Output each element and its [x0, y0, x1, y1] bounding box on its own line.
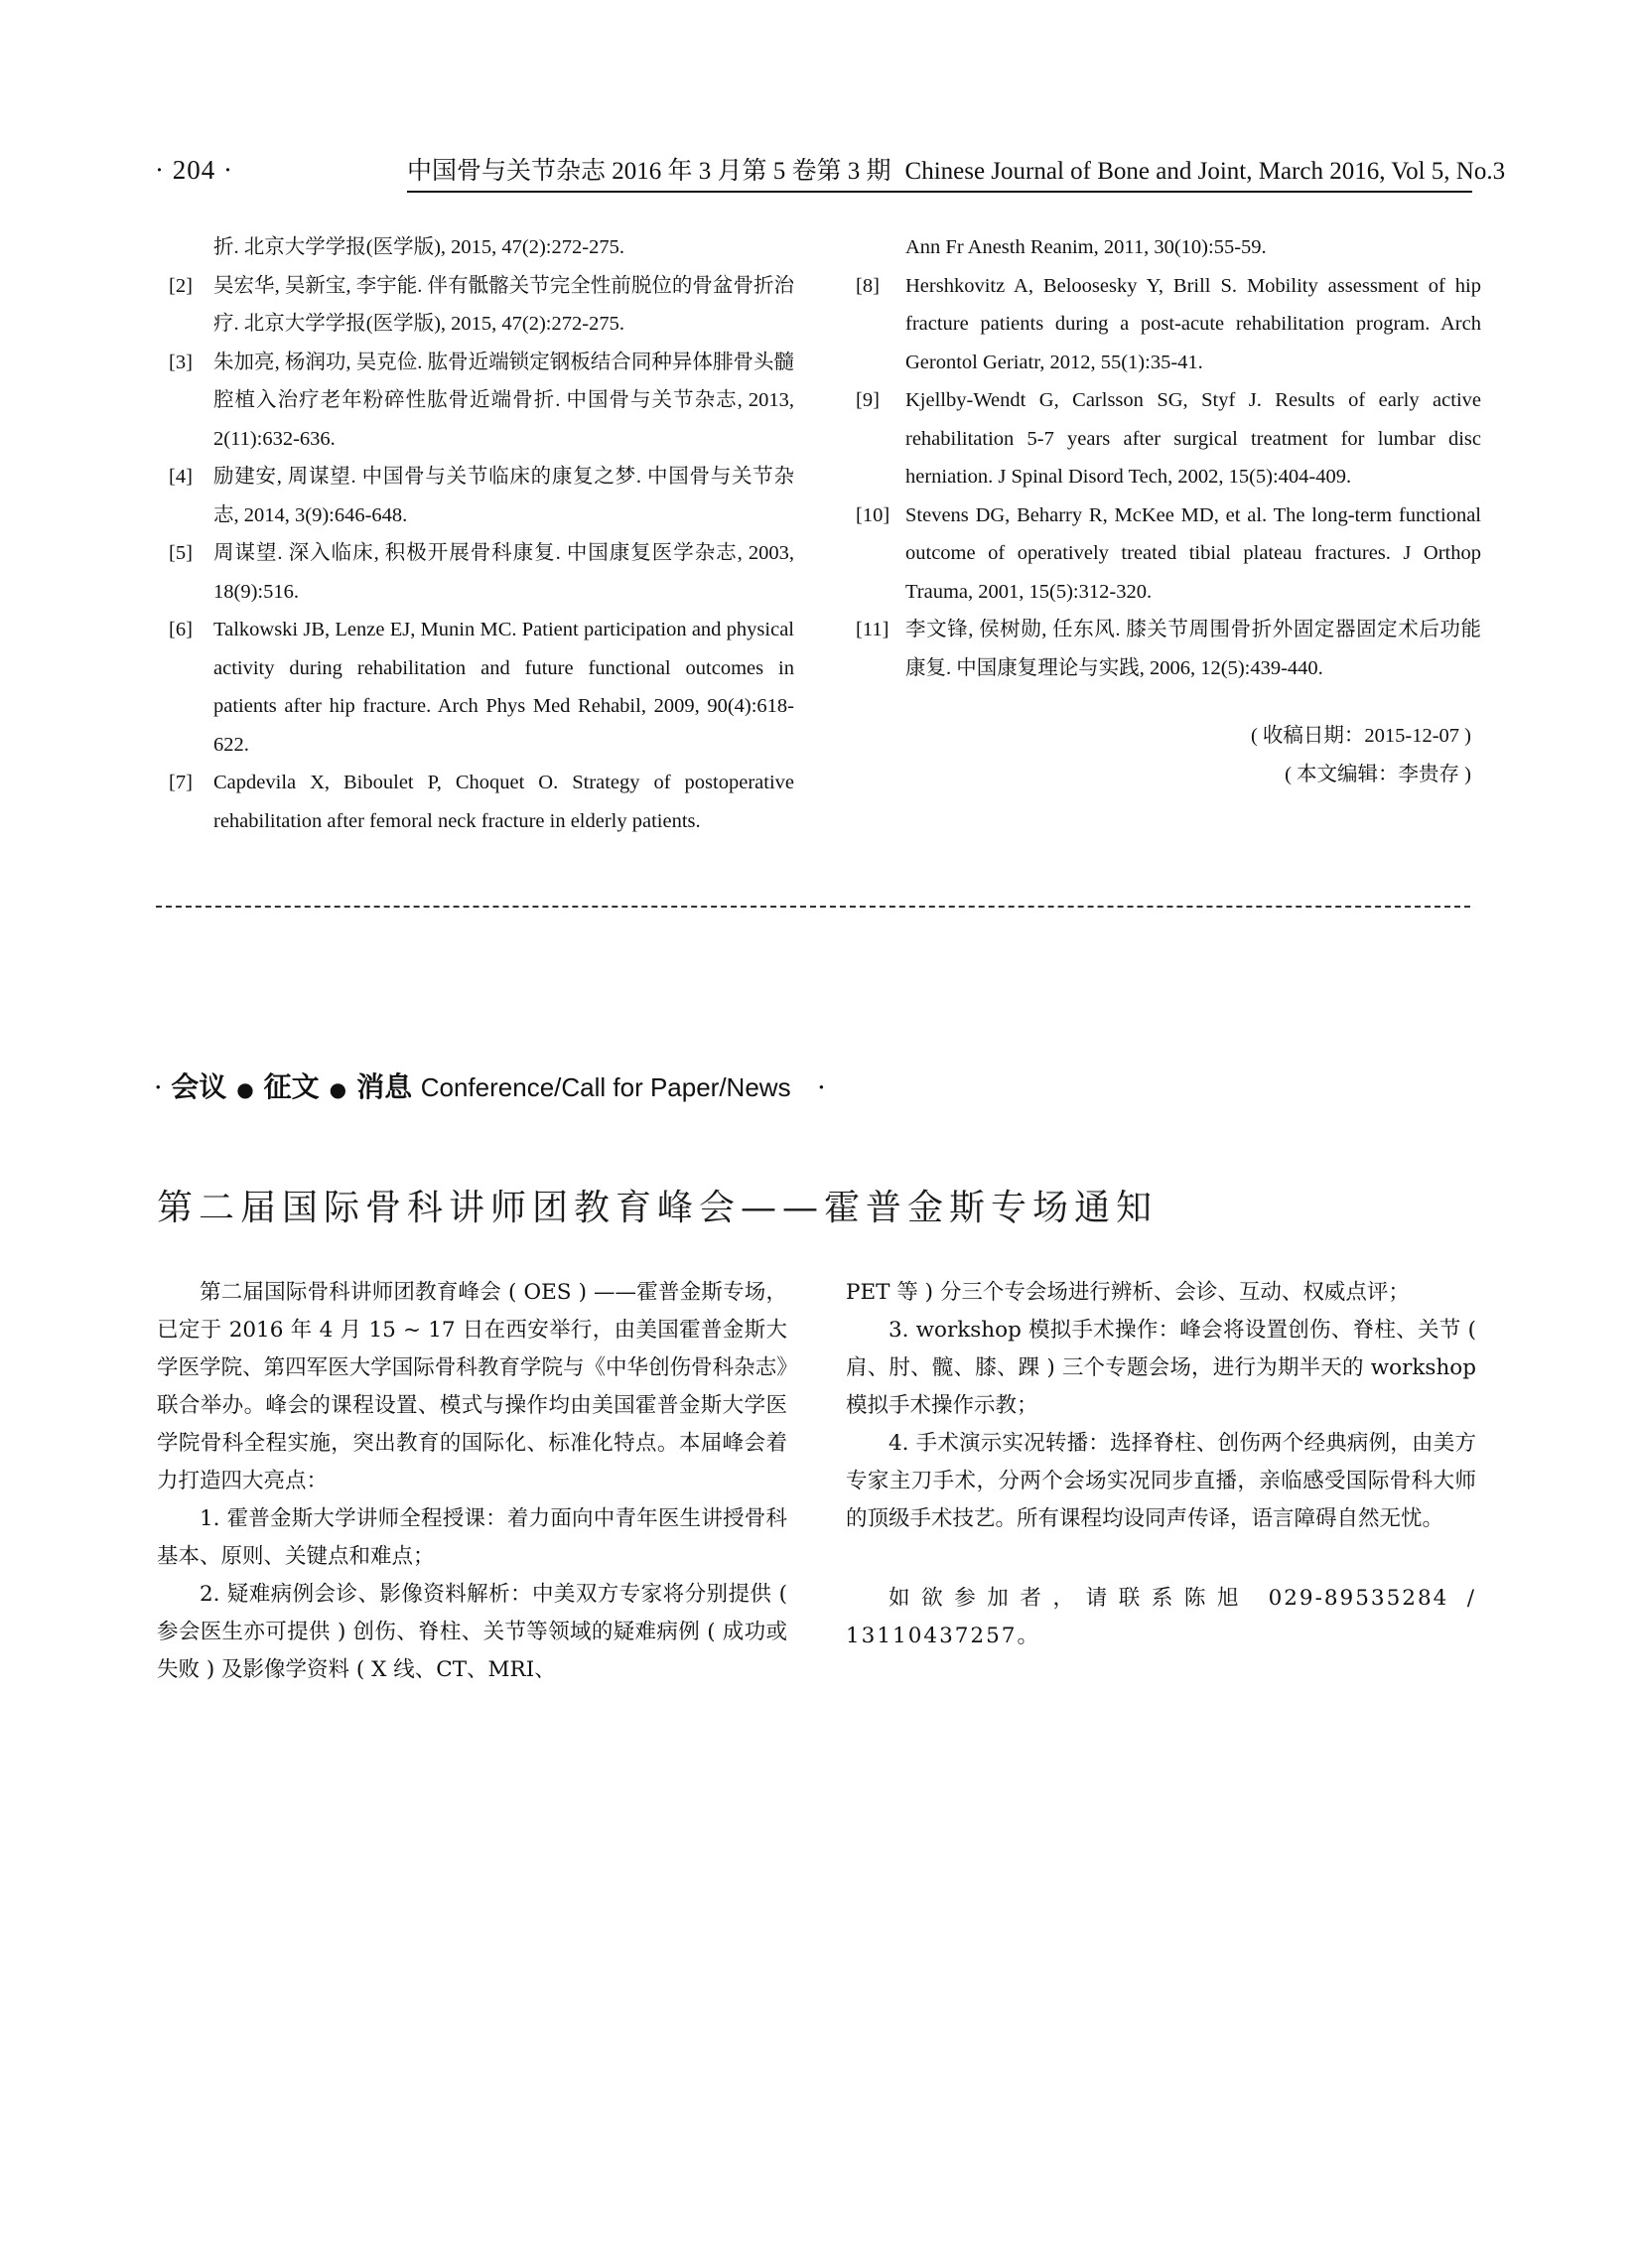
reference-number: [2]	[169, 267, 213, 344]
article-paragraph: 2. 疑难病例会诊、影像资料解析：中美双方专家将分别提供 ( 参会医生亦可提供 …	[157, 1576, 787, 1689]
article-meta: ( 收稿日期：2015-12-07 ) ( 本文编辑：李贵存 )	[1251, 717, 1471, 793]
bullet-dot-icon: ●	[330, 1077, 346, 1101]
page-number: · 204 ·	[155, 155, 233, 186]
reference-item: [7] Capdevila X, Biboulet P, Choquet O. …	[169, 764, 794, 840]
reference-text: Talkowski JB, Lenze EJ, Munin MC. Patien…	[213, 611, 794, 764]
reference-item: [6] Talkowski JB, Lenze EJ, Munin MC. Pa…	[169, 611, 794, 764]
section-tag-en: Conference/Call for Paper/News	[421, 1072, 791, 1102]
reference-text: 周谋望. 深入临床, 积极开展骨科康复. 中国康复医学杂志, 2003, 18(…	[213, 534, 794, 611]
reference-continuation: Ann Fr Anesth Reanim, 2011, 30(10):55-59…	[856, 228, 1481, 267]
reference-text: Capdevila X, Biboulet P, Choquet O. Stra…	[213, 764, 794, 840]
article-body-right: PET 等 ) 分三个专会场进行辨析、会诊、互动、权威点评； 3. worksh…	[846, 1274, 1476, 1655]
section-tag-cn-call: 征文	[264, 1070, 320, 1103]
reference-number: [11]	[856, 611, 905, 687]
reference-number: [6]	[169, 611, 213, 764]
bullet-dot-icon: ●	[236, 1077, 253, 1101]
article-paragraph: PET 等 ) 分三个专会场进行辨析、会诊、互动、权威点评；	[846, 1274, 1476, 1312]
reference-text: 李文锋, 侯树勋, 任东风. 膝关节周围骨折外固定器固定术后功能康复. 中国康复…	[905, 611, 1481, 687]
article-paragraph: 4. 手术演示实况转播：选择脊柱、创伤两个经典病例，由美方专家主刀手术，分两个会…	[846, 1425, 1476, 1538]
reference-item: [11] 李文锋, 侯树勋, 任东风. 膝关节周围骨折外固定器固定术后功能康复.…	[856, 611, 1481, 687]
reference-text: 吴宏华, 吴新宝, 李宇能. 伴有骶髂关节完全性前脱位的骨盆骨折治疗. 北京大学…	[213, 267, 794, 344]
running-header: 中国骨与关节杂志 2016 年 3 月第 5 卷第 3 期Chinese Jou…	[407, 151, 1472, 193]
reference-text: 励建安, 周谋望. 中国骨与关节临床的康复之梦. 中国骨与关节杂志, 2014,…	[213, 458, 794, 534]
reference-number: [8]	[856, 267, 905, 382]
trail-dot: ·	[817, 1072, 826, 1103]
reference-item: [4] 励建安, 周谋望. 中国骨与关节临床的康复之梦. 中国骨与关节杂志, 2…	[169, 458, 794, 534]
reference-item: [5] 周谋望. 深入临床, 积极开展骨科康复. 中国康复医学杂志, 2003,…	[169, 534, 794, 611]
reference-item: [9] Kjellby-Wendt G, Carlsson SG, Styf J…	[856, 381, 1481, 496]
reference-number: [3]	[169, 344, 213, 459]
reference-item: [10] Stevens DG, Beharry R, McKee MD, et…	[856, 496, 1481, 612]
journal-title-en: Chinese Journal of Bone and Joint, March…	[905, 158, 1506, 185]
section-tag-cn-news: 消息	[356, 1070, 412, 1103]
contact-info: 如欲参加者，请联系陈旭 029-89535284 / 13110437257。	[846, 1580, 1476, 1655]
article-title: 第二届国际骨科讲师团教育峰会——霍普金斯专场通知	[157, 1180, 1158, 1230]
article-paragraph: 第二届国际骨科讲师团教育峰会 ( OES ) ——霍普金斯专场，已定于 2016…	[157, 1274, 787, 1500]
reference-text: Stevens DG, Beharry R, McKee MD, et al. …	[905, 496, 1481, 612]
references-right-column: Ann Fr Anesth Reanim, 2011, 30(10):55-59…	[856, 228, 1481, 687]
reference-text: Hershkovitz A, Beloosesky Y, Brill S. Mo…	[905, 267, 1481, 382]
article-paragraph: 1. 霍普金斯大学讲师全程授课：着力面向中青年医生讲授骨科基本、原则、关键点和难…	[157, 1500, 787, 1576]
reference-item: [3] 朱加亮, 杨润功, 吴克俭. 肱骨近端锁定钢板结合同种异体腓骨头髓腔植入…	[169, 344, 794, 459]
editor-credit: ( 本文编辑：李贵存 )	[1251, 756, 1471, 794]
section-divider	[156, 906, 1470, 908]
article-paragraph: 3. workshop 模拟手术操作：峰会将设置创伤、脊柱、关节 ( 肩、肘、髋…	[846, 1312, 1476, 1425]
received-date: ( 收稿日期：2015-12-07 )	[1251, 717, 1471, 756]
journal-title-cn: 中国骨与关节杂志 2016 年 3 月第 5 卷第 3 期	[407, 158, 891, 185]
reference-number: [7]	[169, 764, 213, 840]
section-tag: · 会议●征文●消息 Conference/Call for Paper/New…	[154, 1065, 826, 1105]
reference-number: [10]	[856, 496, 905, 612]
reference-item: [8] Hershkovitz A, Beloosesky Y, Brill S…	[856, 267, 1481, 382]
section-tag-cn-meeting: 会议	[171, 1070, 226, 1103]
reference-text: 朱加亮, 杨润功, 吴克俭. 肱骨近端锁定钢板结合同种异体腓骨头髓腔植入治疗老年…	[213, 344, 794, 459]
reference-text: Kjellby-Wendt G, Carlsson SG, Styf J. Re…	[905, 381, 1481, 496]
article-body-left: 第二届国际骨科讲师团教育峰会 ( OES ) ——霍普金斯专场，已定于 2016…	[157, 1274, 787, 1689]
reference-continuation: 折. 北京大学学报(医学版), 2015, 47(2):272-275.	[169, 228, 794, 267]
references-left-column: 折. 北京大学学报(医学版), 2015, 47(2):272-275. [2]…	[169, 228, 794, 840]
reference-number: [9]	[856, 381, 905, 496]
reference-number: [4]	[169, 458, 213, 534]
reference-number: [5]	[169, 534, 213, 611]
lead-dot: ·	[154, 1072, 163, 1103]
reference-item: [2] 吴宏华, 吴新宝, 李宇能. 伴有骶髂关节完全性前脱位的骨盆骨折治疗. …	[169, 267, 794, 344]
